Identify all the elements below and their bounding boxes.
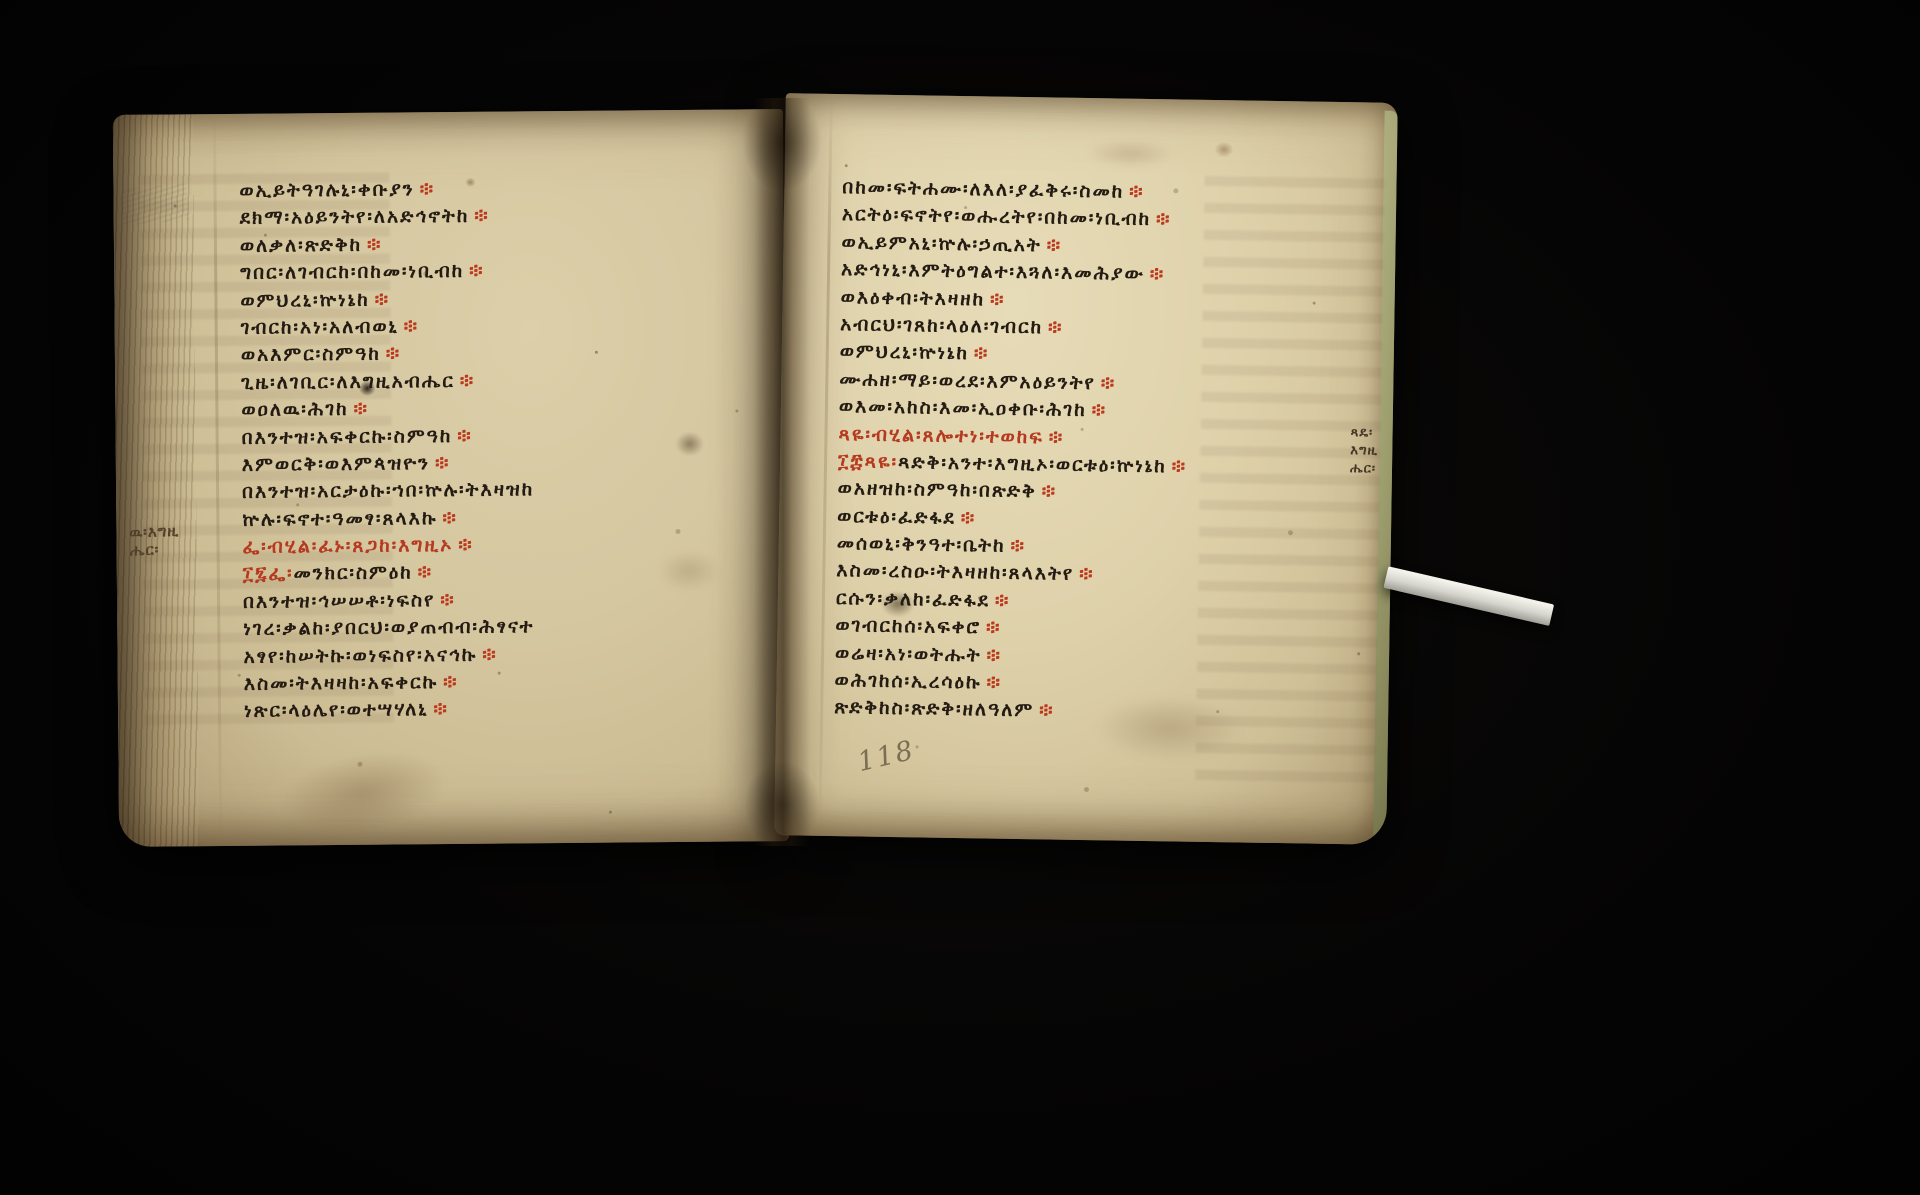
- ink-segment: በእንተዝ፡አርታዕኩ፡ኀበ፡ኵሉ፡ትእዛዝከ: [242, 479, 534, 504]
- verse-end-mark: ፨: [404, 315, 420, 337]
- ink-segment: እምወርቅ፡ወእምጳዝዮን: [242, 452, 430, 476]
- verse-end-mark: ፨: [1156, 208, 1172, 230]
- ink-segment: አርትዕ፡ፍኖትየ፡ወሑረትየ፡በከመ፡ነቢብከ: [842, 204, 1151, 231]
- ink-segment: ወኢይትዓገሉኒ፡ቀቡያን: [239, 178, 414, 202]
- verse-end-mark: ፨: [986, 671, 1002, 693]
- verse-end-mark: ፨: [1129, 181, 1145, 203]
- stain: [676, 432, 704, 456]
- text-line: አፃየ፡ከሠትኩ፡ወነፍስየ፡አናኅኩ፨: [243, 641, 540, 671]
- verse-end-mark: ፨: [457, 424, 473, 446]
- page-crease: [818, 94, 833, 836]
- ink-segment: ኵሉ፡ፍኖተ፡ዓመፃ፡ጸላእኩ: [242, 507, 437, 531]
- verse-end-mark: ፨: [1079, 563, 1095, 585]
- verse-end-mark: ፨: [961, 507, 977, 529]
- ink-segment: ወአእምር፡ስምዓከ: [241, 343, 381, 366]
- page-crease: [213, 114, 222, 846]
- text-line: ገብርከ፡አነ፡አለብወኒ፨: [241, 312, 538, 342]
- rubric-segment: ጻዬ፡ብሂል፡ጸሎተነ፡ተወከፍ: [838, 423, 1044, 448]
- text-line: እምወርቅ፡ወእምጳዝዮን፨: [242, 449, 539, 479]
- text-line: ጊዜ፡ለገቢር፡ለእግዚአብሔር፨: [241, 367, 538, 397]
- ink-segment: አብርህ፡ገጸከ፡ላዕለ፡ገብርከ: [840, 313, 1043, 338]
- margin-note-line: ሔር፡: [1350, 460, 1392, 479]
- verse-end-mark: ፨: [386, 343, 402, 365]
- verse-end-mark: ፨: [440, 589, 456, 611]
- ink-segment: አድኅነኒ፡እምትዕግልተ፡እጓለ፡እመሕያው: [841, 258, 1145, 285]
- margin-note-left: ዉ፡እግዚ ሔር፡: [129, 522, 180, 560]
- ink-segment: ግበር፡ለገብርከ፡በከመ፡ነቢብከ: [240, 260, 464, 284]
- verse-end-mark: ፨: [1047, 234, 1063, 256]
- ink-segment: እስመ፡ትእዛዛከ፡አፍቀርኩ: [244, 671, 439, 695]
- verse-end-mark: ፨: [442, 507, 458, 529]
- ink-segment: በከመ፡ፍትሐሙ፡ለእለ፡ያፈቅሩ፡ስመከ: [842, 176, 1124, 202]
- stain: [1215, 142, 1233, 157]
- ink-segment: ወምህረኒ፡ኵነኔከ: [240, 288, 369, 311]
- verse-end-mark: ፨: [1048, 316, 1064, 338]
- text-line: ግበር፡ለገብርከ፡በከመ፡ነቢብከ፨: [240, 257, 537, 287]
- text-line: በእንተዝ፡አርታዕኩ፡ኀበ፡ኵሉ፡ትእዛዝከ: [242, 477, 539, 507]
- verse-end-mark: ፨: [469, 260, 485, 282]
- verse-end-mark: ፨: [367, 233, 383, 255]
- verse-end-mark: ፨: [418, 562, 434, 584]
- ink-segment: በእንተዝ፡ኅሠሠቶ፡ነፍስየ: [243, 589, 435, 613]
- verse-end-mark: ፨: [1101, 372, 1117, 394]
- text-line: ወምህረኒ፡ኵነኔከ፨: [240, 285, 537, 315]
- ink-segment: ነጽር፡ላዕሌየ፡ወተሣሃለኒ: [244, 699, 429, 723]
- ink-segment: ወሕገከሰ፡ኢረሳዕኩ: [834, 669, 981, 693]
- margin-note-right: ጻዴ፡እግዚ ሔር፡: [1350, 424, 1393, 479]
- parchment-speckles: [845, 164, 848, 167]
- ink-segment: ገብርከ፡አነ፡አለብወኒ: [241, 315, 399, 338]
- stain: [657, 550, 721, 593]
- margin-note-line: ዉ፡እግዚ: [129, 522, 180, 542]
- verse-end-mark: ፨: [1172, 455, 1188, 477]
- verse-end-mark: ፨: [1039, 700, 1055, 722]
- text-line: ወአእምር፡ስምዓከ፨: [241, 340, 538, 370]
- verse-end-mark: ፨: [986, 617, 1002, 639]
- verse-end-mark: ፨: [1150, 263, 1166, 285]
- rubric-segment: ፲፰ጻዬ፡: [838, 450, 898, 473]
- margin-note-line: ጻዴ፡እግዚ: [1350, 424, 1393, 461]
- verse-end-mark: ፨: [353, 398, 369, 420]
- text-line: ደክማ፡አዕይንትየ፡ለአድኅኖትከ፨: [240, 203, 537, 233]
- verse-end-mark: ፨: [974, 343, 990, 365]
- ink-segment: በእንተዝ፡አፍቀርኩ፡ስምዓከ: [242, 425, 453, 449]
- rubric-segment: ፌ፡ብሂል፡ፈኑ፡ጸጋከ፡እግዚኦ: [242, 534, 453, 558]
- right-page: በከመ፡ፍትሐሙ፡ለእለ፡ያፈቅሩ፡ስመከ፨ አርትዕ፡ፍኖትየ፡ወሑረትየ፡በ…: [774, 93, 1398, 845]
- text-line: ወለቃለ፡ጽድቅከ፨: [240, 230, 537, 260]
- ink-segment: ወዐለዉ፡ሕገከ: [241, 398, 348, 421]
- stain: [273, 739, 454, 846]
- verse-end-mark: ፨: [460, 370, 476, 392]
- ink-segment: ርሱን፡ቃለከ፡ፈድፋደ: [836, 587, 990, 611]
- verse-end-mark: ፨: [420, 178, 436, 200]
- geez-text-left: ወኢይትዓገሉኒ፡ቀቡያን፨ ደክማ፡አዕይንትየ፡ለአድኅኖትከ፨ ወለቃለ፡…: [239, 175, 541, 725]
- text-line: ወዐለዉ፡ሕገከ፨: [241, 394, 538, 424]
- text-line: ኵሉ፡ፍኖተ፡ዓመፃ፡ጸላእኩ፨: [242, 504, 539, 534]
- verse-end-mark: ፨: [435, 452, 451, 474]
- verse-end-mark: ፨: [375, 288, 391, 310]
- stain: [1085, 138, 1175, 169]
- text-line: ወኢይትዓገሉኒ፡ቀቡያን፨: [239, 175, 536, 205]
- verse-end-mark: ፨: [474, 205, 490, 227]
- ink-segment: ወገብርከሰ፡አፍቀሮ: [835, 614, 981, 638]
- verse-end-mark: ፨: [1042, 481, 1058, 503]
- verse-end-mark: ፨: [482, 643, 498, 665]
- ink-segment: ወእመ፡አከስ፡እመ፡ኢዐቀቡ፡ሕገከ: [839, 395, 1087, 421]
- margin-note-line: ሔር፡: [130, 540, 181, 560]
- verse-end-mark: ፨: [458, 534, 474, 556]
- ink-segment: አፃየ፡ከሠትኩ፡ወነፍስየ፡አናኅኩ: [243, 643, 477, 667]
- ink-segment: ጻድቅ፡አንተ፡እግዚኦ፡ወርቱዕ፡ኵነኔከ: [898, 451, 1167, 477]
- ink-segment: መሰወኒ፡ቅንዓተ፡ቤትከ: [837, 532, 1006, 557]
- text-line: ነገረ፡ቃልከ፡ያበርህ፡ወያጠብብ፡ሕፃናተ: [243, 613, 540, 643]
- ink-segment: ደክማ፡አዕይንትየ፡ለአድኅኖትከ: [240, 205, 470, 229]
- ink-segment: ወለቃለ፡ጽድቅከ: [240, 234, 362, 257]
- text-line: ፲፯ፌ፡መንክር፡ስምዕከ፨: [243, 559, 540, 589]
- ink-segment: ወአዘዝከ፡ስምዓከ፡በጽድቅ: [837, 477, 1036, 502]
- verse-end-mark: ፨: [433, 698, 449, 720]
- rubric-segment: ፲፯ፌ፡: [243, 563, 294, 585]
- ink-segment: ጽድቅከስ፡ጽድቅ፡ዘለዓለም: [834, 696, 1034, 721]
- ink-segment: ወእዕቀብ፡ትእዛዘከ: [841, 286, 986, 310]
- ink-segment: እስመ፡ረስዑ፡ትእዛዘከ፡ጸላእትየ: [836, 560, 1074, 586]
- verse-end-mark: ፨: [1010, 535, 1026, 557]
- ink-segment: መንክር፡ስምዕከ: [293, 562, 412, 585]
- ink-segment: ሙሐዘ፡ማይ፡ወረደ፡እምአዕይንትየ: [839, 368, 1096, 394]
- geez-text-right: በከመ፡ፍትሐሙ፡ለእለ፡ያፈቅሩ፡ስመከ፨ አርትዕ፡ፍኖትየ፡ወሑረትየ፡በ…: [834, 174, 1192, 727]
- left-page: ወኢይትዓገሉኒ፡ቀቡያን፨ ደክማ፡አዕይንትየ፡ለአድኅኖትከ፨ ወለቃለ፡…: [113, 109, 789, 847]
- photograph-background: ወኢይትዓገሉኒ፡ቀቡያን፨ ደክማ፡አዕይንትየ፡ለአድኅኖትከ፨ ወለቃለ፡…: [0, 0, 1920, 1195]
- verse-end-mark: ፨: [986, 644, 1002, 666]
- bookmark-ribbon: [1384, 566, 1555, 626]
- verse-end-mark: ፨: [443, 671, 459, 693]
- ink-segment: ጊዜ፡ለገቢር፡ለእግዚአብሔር: [241, 370, 455, 394]
- pencil-scribble: [120, 183, 189, 225]
- verse-end-mark: ፨: [1049, 426, 1065, 448]
- verse-end-mark: ፨: [990, 288, 1006, 310]
- verse-end-mark: ፨: [995, 589, 1011, 611]
- text-line: በእንተዝ፡ኅሠሠቶ፡ነፍስየ፨: [243, 586, 540, 616]
- ink-segment: ወሬዛ፡አነ፡ወትሑት: [835, 642, 982, 666]
- text-line: ነጽር፡ላዕሌየ፡ወተሣሃለኒ፨: [244, 696, 541, 726]
- ink-segment: ወርቱዕ፡ፈድፋደ: [837, 505, 956, 529]
- text-line: እስመ፡ትእዛዛከ፡አፍቀርኩ፨: [244, 668, 541, 698]
- verse-end-mark: ፨: [1092, 399, 1108, 421]
- ink-segment: ወምህረኒ፡ኵነኔከ: [840, 340, 970, 364]
- text-line: ጽድቅከስ፡ጽድቅ፡ዘለዓለም፨: [834, 694, 1183, 727]
- ink-segment: ወኢይምአኒ፡ኵሉ፡ኃጢአት: [841, 231, 1042, 256]
- page-number: 118: [855, 735, 918, 778]
- ink-segment: ነገረ፡ቃልከ፡ያበርህ፡ወያጠብብ፡ሕፃናተ: [243, 616, 534, 641]
- text-line: በእንተዝ፡አፍቀርኩ፡ስምዓከ፨: [242, 422, 539, 452]
- text-line: ፌ፡ብሂል፡ፈኑ፡ጸጋከ፡እግዚኦ፨: [242, 531, 539, 561]
